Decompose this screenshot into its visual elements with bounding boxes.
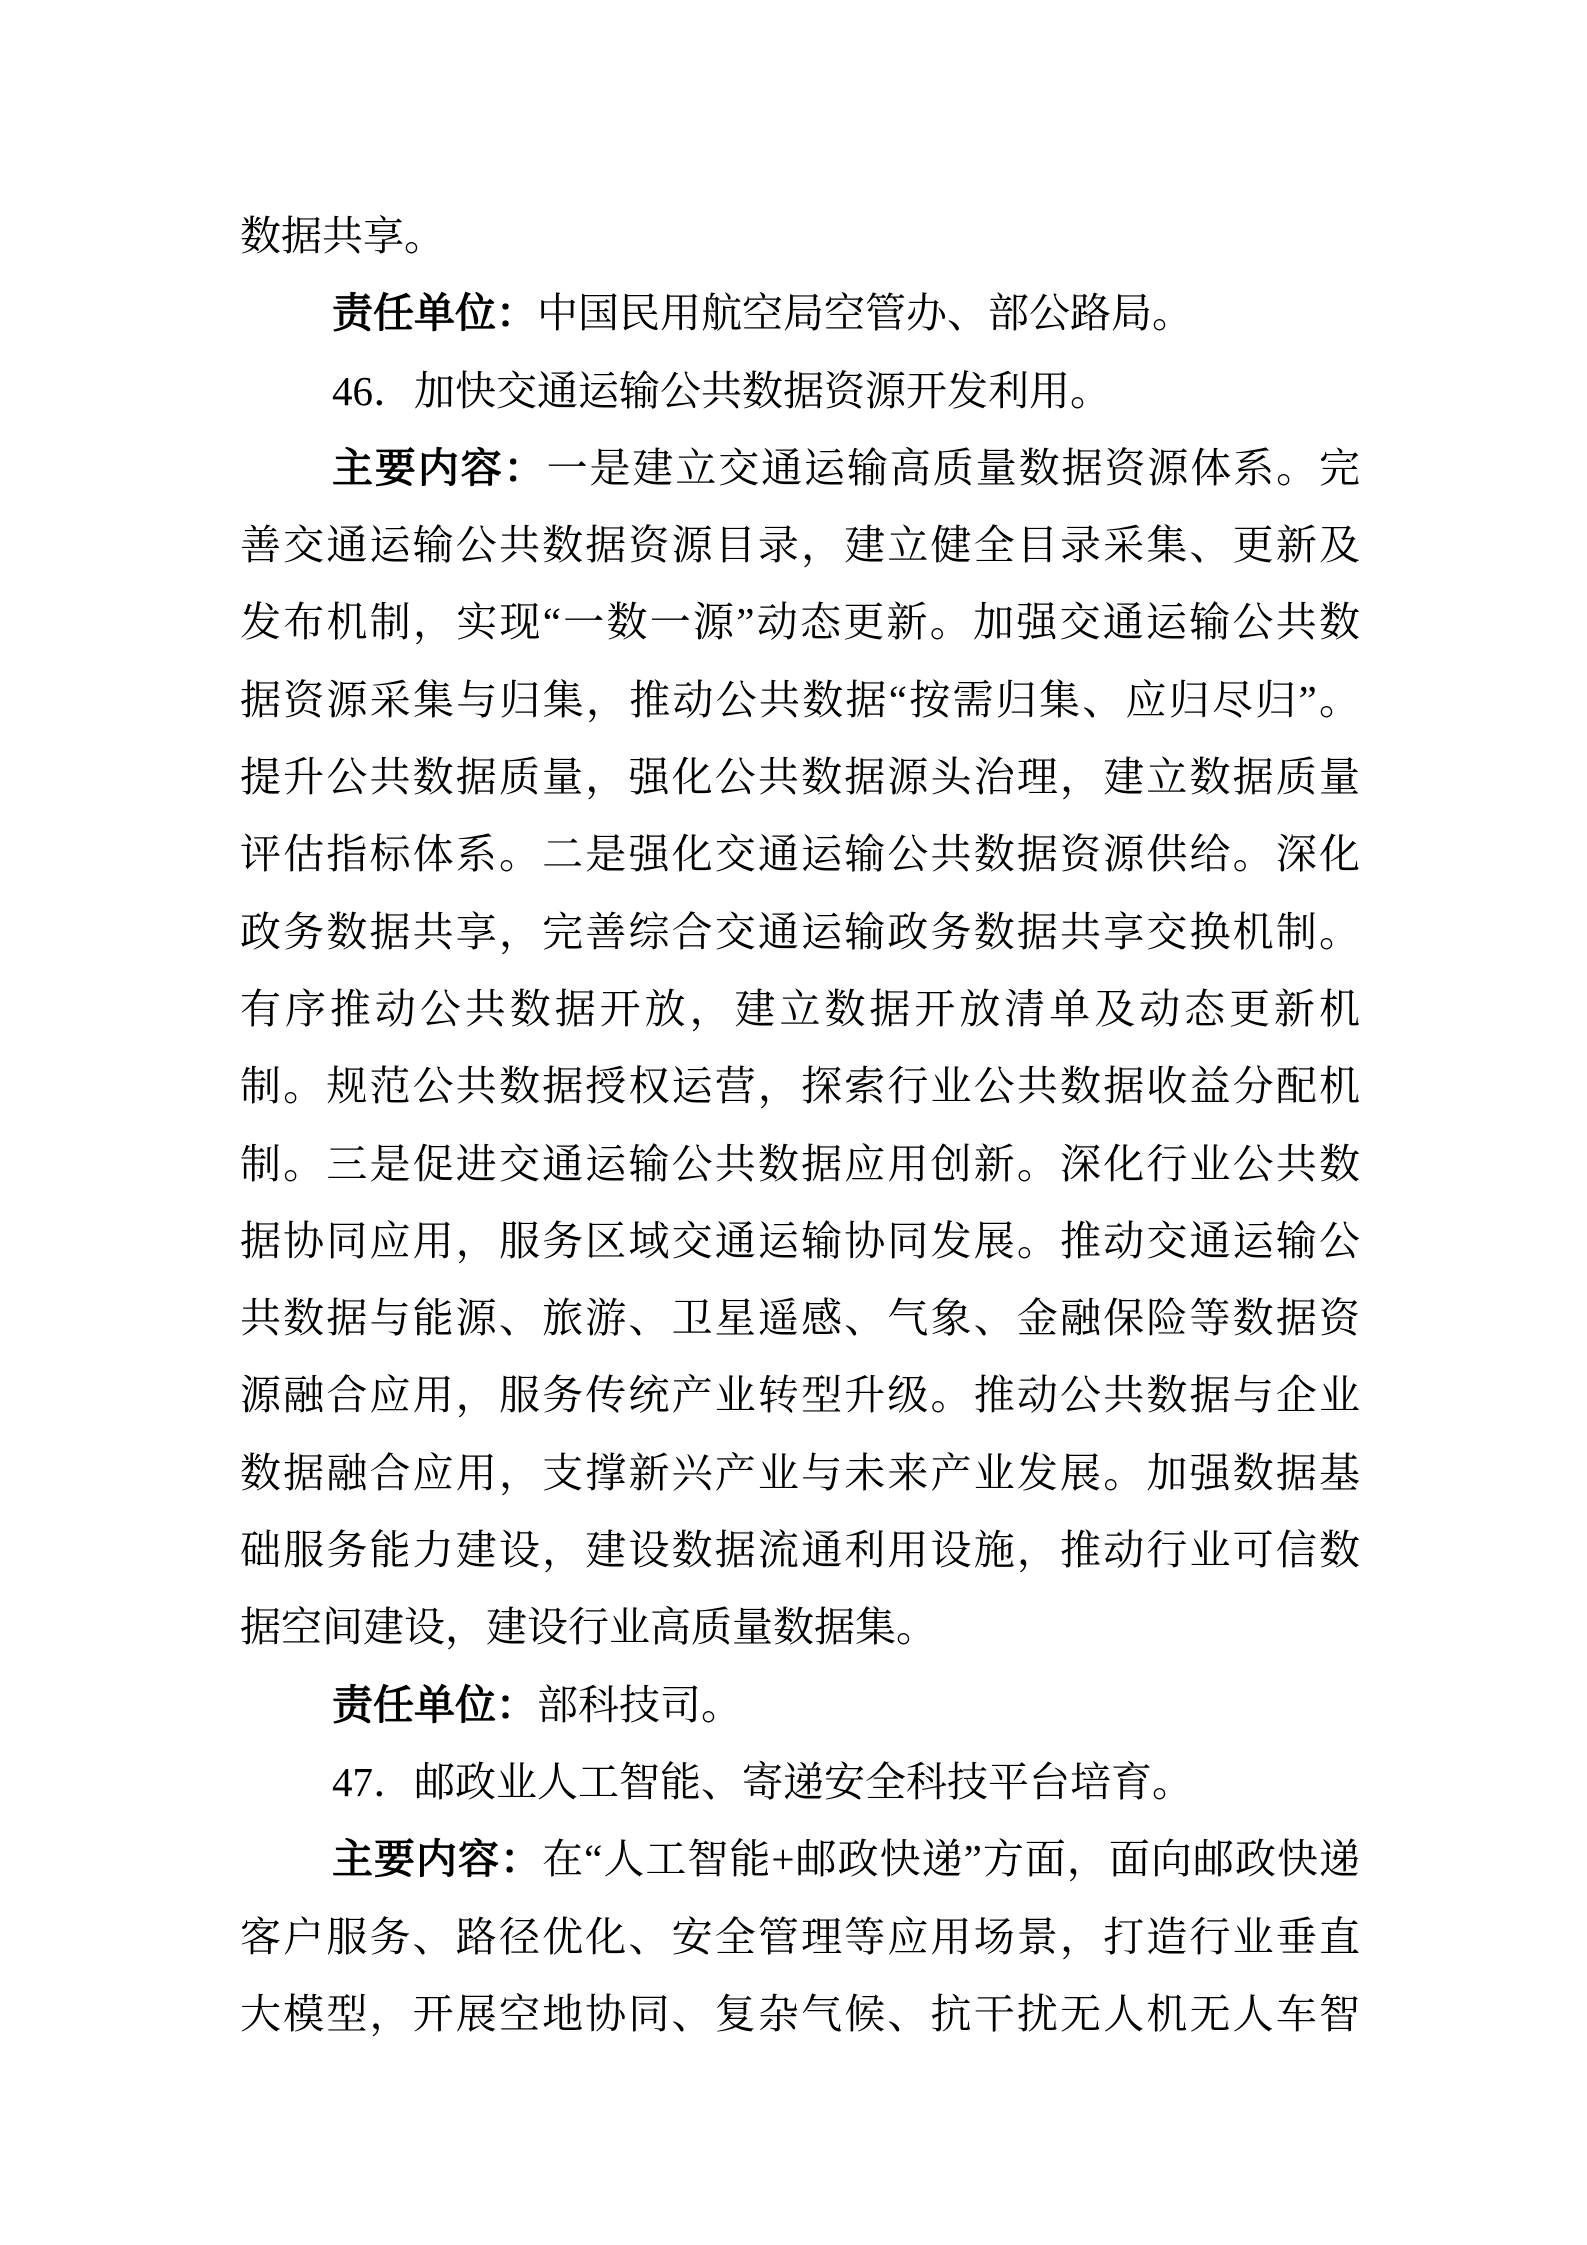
line-text: 有序推动公共数据开放，建立数据开放清单及动态更新机 — [240, 986, 1360, 1032]
document-body: 数据共享。 责任单位：中国民用航空局空管办、部公路局。 46．加快交通运输公共数… — [240, 198, 1360, 2053]
text-line: 源融合应用，服务传统产业转型升级。推动公共数据与企业 — [240, 1357, 1360, 1434]
line-text: 在“人工智能+邮政快递”方面，面向邮政快递 — [542, 1836, 1360, 1882]
text-line: 共数据与能源、旅游、卫星遥感、气象、金融保险等数据资 — [240, 1280, 1360, 1357]
text-line: 据资源采集与归集，推动公共数据“按需归集、应归尽归”。 — [240, 662, 1360, 739]
text-line: 政务数据共享，完善综合交通运输政务数据共享交换机制。 — [240, 894, 1360, 971]
line-text: 客户服务、路径优化、安全管理等应用场景，打造行业垂直 — [240, 1914, 1360, 1960]
line-text: 大模型，开展空地协同、复杂气候、抗干扰无人机无人车智 — [240, 1991, 1360, 2037]
text-line: 数据融合应用，支撑新兴产业与未来产业发展。加强数据基 — [240, 1435, 1360, 1512]
line-text: 邮政业人工智能、寄递安全科技平台培育。 — [414, 1759, 1193, 1805]
field-label: 责任单位： — [332, 290, 537, 336]
text-line: 客户服务、路径优化、安全管理等应用场景，打造行业垂直 — [240, 1899, 1360, 1976]
line-text: 善交通运输公共数据资源目录，建立健全目录采集、更新及 — [240, 522, 1360, 568]
line-text: 加快交通运输公共数据资源开发利用。 — [414, 368, 1111, 414]
text-line: 46．加快交通运输公共数据资源开发利用。 — [240, 353, 1360, 430]
text-line: 善交通运输公共数据资源目录，建立健全目录采集、更新及 — [240, 507, 1360, 584]
text-line: 评估指标体系。二是强化交通运输公共数据资源供给。深化 — [240, 816, 1360, 893]
line-text: 据资源采集与归集，推动公共数据“按需归集、应归尽归”。 — [240, 677, 1360, 723]
line-text: 据空间建设，建设行业高质量数据集。 — [240, 1604, 937, 1650]
text-line: 提升公共数据质量，强化公共数据源头治理，建立数据质量 — [240, 739, 1360, 816]
line-text: 提升公共数据质量，强化公共数据源头治理，建立数据质量 — [240, 754, 1360, 800]
line-text: 数据共享。 — [240, 213, 445, 259]
line-text: 制。三是促进交通运输公共数据应用创新。深化行业公共数 — [240, 1141, 1360, 1187]
line-text: 中国民用航空局空管办、部公路局。 — [537, 290, 1193, 336]
text-line: 责任单位：中国民用航空局空管办、部公路局。 — [240, 275, 1360, 352]
line-text: 发布机制，实现“一数一源”动态更新。加强交通运输公共数 — [240, 599, 1360, 645]
text-line: 大模型，开展空地协同、复杂气候、抗干扰无人机无人车智 — [240, 1976, 1360, 2053]
text-line: 数据共享。 — [240, 198, 1360, 275]
line-text: 一是建立交通运输高质量数据资源体系。完 — [547, 445, 1360, 491]
item-number: 46． — [332, 368, 414, 414]
line-text: 部科技司。 — [537, 1682, 742, 1728]
field-label: 责任单位： — [332, 1682, 537, 1728]
line-text: 共数据与能源、旅游、卫星遥感、气象、金融保险等数据资 — [240, 1295, 1360, 1341]
text-line: 制。三是促进交通运输公共数据应用创新。深化行业公共数 — [240, 1126, 1360, 1203]
field-label: 主要内容： — [332, 445, 547, 491]
document-page: 数据共享。 责任单位：中国民用航空局空管办、部公路局。 46．加快交通运输公共数… — [0, 0, 1587, 2245]
line-text: 政务数据共享，完善综合交通运输政务数据共享交换机制。 — [240, 909, 1360, 955]
text-line: 有序推动公共数据开放，建立数据开放清单及动态更新机 — [240, 971, 1360, 1048]
line-text: 源融合应用，服务传统产业转型升级。推动公共数据与企业 — [240, 1372, 1360, 1418]
text-line: 制。规范公共数据授权运营，探索行业公共数据收益分配机 — [240, 1048, 1360, 1125]
field-label: 主要内容： — [332, 1836, 542, 1882]
line-text: 础服务能力建设，建设数据流通利用设施，推动行业可信数 — [240, 1527, 1360, 1573]
line-text: 数据融合应用，支撑新兴产业与未来产业发展。加强数据基 — [240, 1450, 1360, 1496]
line-text: 评估指标体系。二是强化交通运输公共数据资源供给。深化 — [240, 831, 1360, 877]
item-number: 47． — [332, 1759, 414, 1805]
text-line: 主要内容：一是建立交通运输高质量数据资源体系。完 — [240, 430, 1360, 507]
text-line: 责任单位：部科技司。 — [240, 1667, 1360, 1744]
line-text: 制。规范公共数据授权运营，探索行业公共数据收益分配机 — [240, 1063, 1360, 1109]
text-line: 据协同应用，服务区域交通运输协同发展。推动交通运输公 — [240, 1203, 1360, 1280]
text-line: 主要内容：在“人工智能+邮政快递”方面，面向邮政快递 — [240, 1821, 1360, 1898]
text-line: 47．邮政业人工智能、寄递安全科技平台培育。 — [240, 1744, 1360, 1821]
line-text: 据协同应用，服务区域交通运输协同发展。推动交通运输公 — [240, 1218, 1360, 1264]
text-line: 发布机制，实现“一数一源”动态更新。加强交通运输公共数 — [240, 584, 1360, 661]
text-line: 础服务能力建设，建设数据流通利用设施，推动行业可信数 — [240, 1512, 1360, 1589]
text-line: 据空间建设，建设行业高质量数据集。 — [240, 1589, 1360, 1666]
